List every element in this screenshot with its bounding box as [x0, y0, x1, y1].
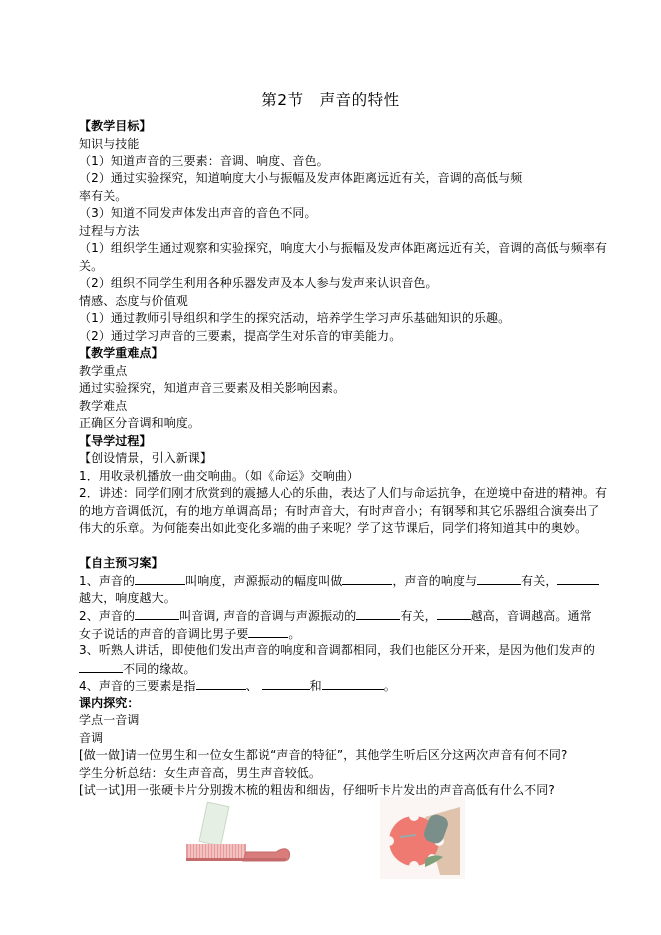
process-method-item: 关。	[79, 258, 103, 275]
question-1: 1、声音的叫响度，声源振动的幅度叫做，声音的响度与有关，	[79, 572, 599, 590]
gear-wheel-card-illustration	[380, 797, 465, 879]
fill-blank[interactable]	[477, 572, 521, 585]
difficulty-text: 正确区分音调和响度。	[79, 415, 200, 432]
key-points-heading: 【教学重难点】	[79, 345, 164, 362]
question-2: 2、声音的叫音调, 声音的音调与声源振动的有关，越高，音调越高。通常	[79, 607, 592, 625]
preview-heading: 【自主预习案】	[79, 555, 164, 572]
section-name: 声音的特性	[320, 91, 400, 109]
fill-blank[interactable]	[262, 677, 310, 690]
emotion-label: 情感、态度与价值观	[79, 293, 188, 310]
difficulty-label: 教学难点	[79, 398, 127, 415]
intro-heading: 【创设情景，引入新课】	[79, 450, 212, 467]
page-title: 第2节声音的特性	[0, 88, 661, 110]
knowledge-item: （1）知道声音的三要素：音调、响度、音色。	[79, 153, 329, 170]
document-page: 第2节声音的特性 【教学目标】 知识与技能 （1）知道声音的三要素：音调、响度、…	[0, 0, 661, 935]
question-1-cont: 越大，响度越大。	[79, 590, 176, 607]
fill-blank[interactable]	[356, 607, 400, 620]
question-3: 3、听熟人讲话，即使他们发出声音的响度和音调都相同，我们也能区分开来，是因为他们…	[79, 642, 595, 659]
objectives-heading: 【教学目标】	[79, 118, 152, 135]
learning-point: 学点一音调	[79, 712, 140, 729]
fill-blank[interactable]	[322, 677, 384, 690]
knowledge-item: （3）知道不同发声体发出声音的音色不同。	[79, 205, 317, 222]
emotion-item: （1）通过教师引导组织和学生的探究活动，培养学生学习声乐基础知识的乐趣。	[79, 310, 510, 327]
step-2-line: 的地方音调低沉，有的地方单调高昂；有时声音大，有时声音小；有钢琴和其它乐器组合演…	[79, 503, 599, 520]
knowledge-item: （2）通过实验探究，知道响度大小与振幅及发声体距离远近有关，音调的高低与频	[79, 170, 522, 187]
student-summary: 学生分析总结：女生声音高，男生声音较低。	[79, 765, 321, 782]
question-3-cont: 不同的缘故。	[79, 660, 196, 678]
step-2-line: 2．讲述：同学们刚才欣赏到的震撼人心的乐曲，表达了人们与命运抗争，在逆境中奋进的…	[79, 485, 607, 502]
knowledge-item: 率有关。	[79, 188, 127, 205]
process-method-label: 过程与方法	[79, 223, 140, 240]
fill-blank[interactable]	[557, 572, 599, 585]
step-1: 1．用收录机播放一曲交响曲。（如《命运》交响曲）	[79, 468, 359, 485]
focus-label: 教学重点	[79, 363, 127, 380]
fill-blank[interactable]	[79, 660, 123, 673]
process-method-item: （1）组织学生通过观察和实验探究，响度大小与振幅及发声体距离远近有关，音调的高低…	[79, 240, 607, 257]
question-2-cont: 女子说话的声音的音调比男子要。	[79, 625, 301, 643]
do-it-activity: [做一做]请一位男生和一位女生都说“声音的特征”，其他学生听后区分这两次声音有何…	[79, 747, 567, 764]
fill-blank[interactable]	[437, 607, 471, 620]
emotion-item: （2）通过学习声音的三要素，提高学生对乐音的审美能力。	[79, 328, 401, 345]
fill-blank[interactable]	[248, 625, 288, 638]
try-it-activity: [试一试]用一张硬卡片分别拨木梳的粗齿和细齿，仔细听卡片发出的声音高低有什么不同…	[79, 782, 555, 799]
process-heading: 【导学过程】	[79, 433, 152, 450]
fill-blank[interactable]	[135, 607, 179, 620]
step-2-line: 伟大的乐章。为何能奏出如此变化多端的曲子来呢？学了这节课后，同学们将知道其中的奥…	[79, 520, 587, 537]
comb-with-card-illustration	[183, 800, 293, 870]
fill-blank[interactable]	[342, 572, 392, 585]
knowledge-label: 知识与技能	[79, 136, 140, 153]
section-number: 第2节	[261, 91, 303, 109]
focus-text: 通过实验探究，知道声音三要素及相关影响因素。	[79, 380, 345, 397]
fill-blank[interactable]	[196, 677, 246, 690]
fill-blank[interactable]	[135, 572, 185, 585]
subtopic-label: 音调	[79, 730, 103, 747]
question-4: 4、声音的三要素是指、 和。	[79, 677, 396, 695]
process-method-item: （2）组织不同学生利用各种乐器发声及本人参与发声来认识音色。	[79, 275, 438, 292]
inquiry-heading: 课内探究：	[79, 695, 140, 712]
